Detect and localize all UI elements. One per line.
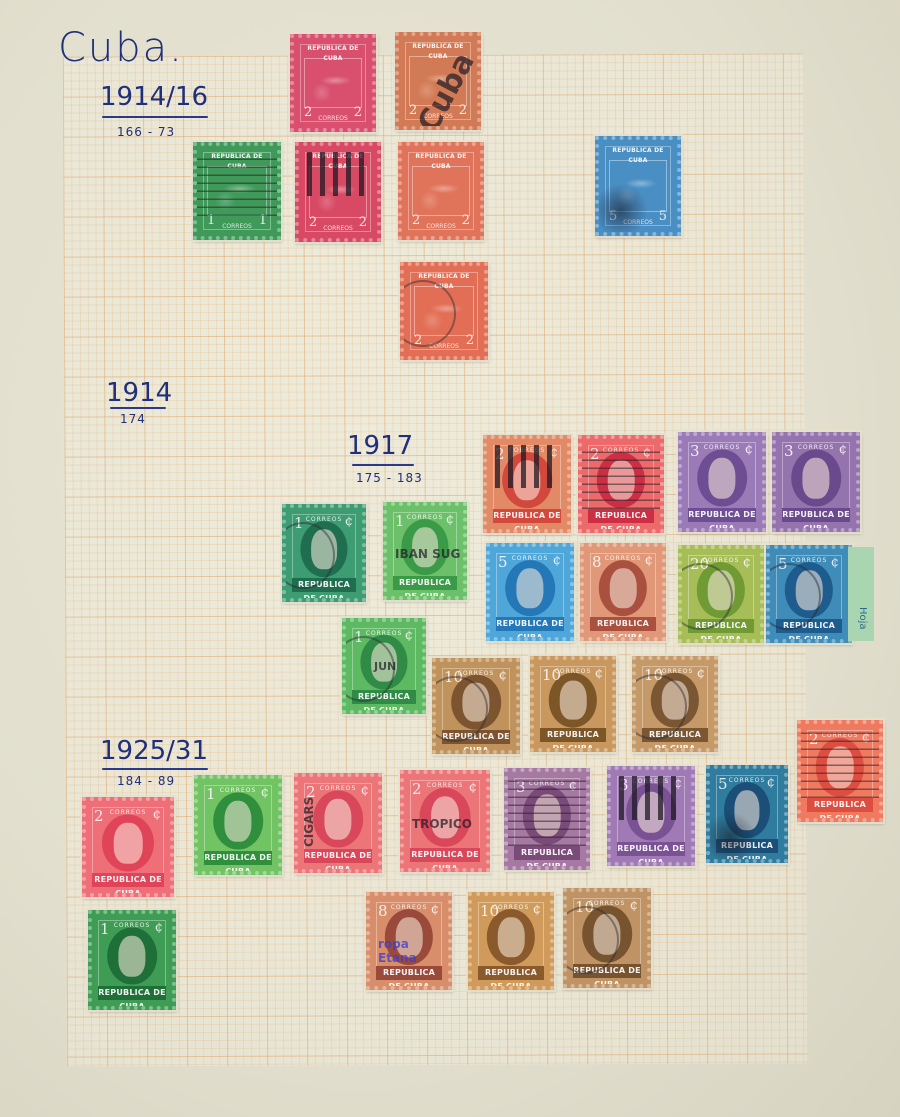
stamp-banner: REPUBLICA DE CUBA	[496, 617, 564, 631]
album-page: Cuba. 1914/16 166 - 73 1914 174 1917 175…	[0, 0, 900, 1117]
stamp-banner: REPUBLICA DE CUBA	[540, 728, 606, 742]
stamp: REPUBLICA DE CUBA22CORREOS	[400, 262, 488, 360]
cent-symbol: ¢	[550, 445, 558, 460]
stamp: 5CORREOS¢REPUBLICA DE CUBA	[486, 543, 574, 641]
cent-symbol: ¢	[405, 628, 413, 643]
portrait-icon	[462, 683, 489, 722]
stamp: REPUBLICA DE CUBA22CORREOS	[290, 34, 376, 132]
stamp-banner: REPUBLICA DE CUBA	[776, 619, 842, 633]
cent-symbol: ¢	[345, 514, 353, 529]
stamp: REPUBLICA DE CUBA22CORREOS	[398, 142, 484, 240]
cent-symbol: ¢	[767, 775, 775, 790]
stamp-banner: REPUBLICA DE CUBA	[292, 578, 356, 592]
cent-symbol: ¢	[839, 442, 847, 457]
cent-symbol: ¢	[831, 555, 839, 570]
stamp: 8CORREOS¢REPUBLICA DE CUBA	[580, 543, 666, 641]
stamp-banner: REPUBLICA DE CUBA	[405, 42, 471, 52]
stamp: 2CORREOS¢REPUBLICA DE CUBA	[483, 435, 571, 533]
cent-symbol: ¢	[469, 780, 477, 795]
stamp: 3CORREOS¢REPUBLICA DE CUBA	[678, 432, 766, 532]
cent-symbol: ¢	[569, 778, 577, 793]
stamp-correos: CORREOS	[299, 225, 377, 232]
cent-symbol: ¢	[153, 807, 161, 822]
stamp: 20CORREOS¢REPUBLICA DE CUBA	[678, 545, 764, 643]
stamp-banner: REPUBLICA DE CUBA	[688, 508, 756, 522]
section-catalogue-1925-31: 184 - 89	[117, 775, 175, 787]
stamp-banner: REPUBLICA DE CUBA	[716, 839, 778, 853]
portrait-icon	[118, 936, 145, 976]
stamp-banner: REPUBLICA DE CUBA	[782, 508, 850, 522]
stamp: 2CORREOS¢REPUBLICA DE CUBA	[82, 797, 174, 897]
stamp-banner: REPUBLICA DE CUBA	[408, 152, 474, 162]
stamp-banner: REPUBLICA DE CUBA	[92, 873, 164, 887]
portrait-icon	[593, 914, 620, 954]
stamp-banner: REPUBLICA DE CUBA	[352, 690, 416, 704]
section-year-1914-16: 1914/16	[100, 84, 208, 110]
stamp-banner: REPUBLICA DE CUBA	[688, 619, 754, 633]
section-underline	[352, 464, 414, 466]
margin-note: Hoja	[857, 607, 868, 630]
stamp: 1CORREOS¢REPUBLICA DE CUBA	[194, 775, 282, 875]
stamp: 8CORREOS¢REPUBLICA DE CUBAropa Etana	[366, 892, 452, 990]
stamp: 2CORREOS¢REPUBLICA DE CUBATROPICO	[400, 770, 490, 872]
portrait-icon	[513, 461, 540, 501]
portrait-icon	[560, 681, 587, 720]
stamp: 1CORREOS¢REPUBLICA DE CUBA	[282, 504, 366, 602]
stamp-banner: REPUBLICA DE CUBA	[98, 986, 166, 1000]
stamp-banner: REPUBLICA DE CUBA	[493, 509, 561, 523]
portrait-icon	[498, 918, 525, 958]
stamp-correos: CORREOS	[197, 223, 277, 230]
stamp: 10CORREOS¢REPUBLICA DE CUBA	[563, 888, 651, 988]
stamp-banner: REPUBLICA DE CUBA	[605, 146, 671, 156]
cent-symbol: ¢	[595, 666, 603, 681]
stamp-banner: REPUBLICA DE CUBA	[410, 272, 478, 282]
cent-symbol: ¢	[533, 902, 541, 917]
portrait-icon	[708, 571, 735, 611]
stamp-banner: REPUBLICA DE CUBA	[393, 576, 457, 590]
portrait-icon	[114, 823, 143, 863]
section-year-1925-31: 1925/31	[100, 738, 208, 764]
stamp-correos: CORREOS	[402, 223, 480, 230]
cent-symbol: ¢	[361, 783, 369, 798]
cent-symbol: ¢	[674, 776, 682, 791]
portrait-icon	[431, 797, 459, 838]
stamp: 3CORREOS¢REPUBLICA DE CUBA	[504, 768, 590, 870]
portrait-icon	[534, 795, 561, 836]
cent-symbol: ¢	[553, 553, 561, 568]
stamp: 5CORREOS¢REPUBLICA DE CUBA	[706, 765, 788, 863]
cuba-map-icon	[304, 58, 362, 108]
section-catalogue-1914: 174	[120, 413, 146, 425]
stamp: 10CORREOS¢REPUBLICA DE CUBA	[530, 656, 616, 752]
stamp-banner: REPUBLICA DE CUBA	[305, 152, 371, 162]
stamp: REPUBLICA DE CUBA22CORREOSCuba	[395, 32, 481, 130]
cuba-map-icon	[207, 166, 267, 216]
cent-symbol: ¢	[862, 730, 870, 745]
stamp-banner: REPUBLICA DE CUBA	[478, 966, 544, 980]
stamp: 10CORREOS¢REPUBLICA DE CUBA	[632, 656, 718, 752]
stamp-banner: REPUBLICA DE CUBA	[442, 730, 510, 744]
cuba-map-icon	[609, 160, 667, 212]
stamp: REPUBLICA DE CUBA55CORREOS	[595, 136, 681, 236]
stamp: 2CORREOS¢REPUBLICA DE CUBA	[578, 435, 664, 533]
stamp-banner: REPUBLICA DE CUBA	[642, 728, 708, 742]
stamp: REPUBLICA DE CUBA22CORREOS	[295, 142, 381, 242]
cent-symbol: ¢	[499, 668, 507, 683]
section-underline	[102, 768, 208, 770]
stamp-banner: REPUBLICA DE CUBA	[300, 44, 366, 54]
portrait-icon	[516, 569, 543, 609]
stamp: 2CORREOS¢REPUBLICA DE CUBA	[797, 720, 883, 822]
cuba-map-icon	[409, 56, 467, 106]
stamp-correos: CORREOS	[399, 113, 477, 120]
stamp-banner: REPUBLICA DE CUBA	[617, 842, 685, 856]
stamp-banner: REPUBLICA DE CUBA	[588, 509, 654, 523]
cuba-map-icon	[412, 166, 470, 216]
stamp-banner: REPUBLICA DE CUBA	[807, 798, 873, 812]
portrait-icon	[802, 458, 829, 498]
stamp-banner: REPUBLICA DE CUBA	[514, 846, 580, 860]
portrait-icon	[324, 799, 351, 839]
portrait-icon	[224, 801, 251, 841]
stamp: 3CORREOS¢REPUBLICA DE CUBA	[772, 432, 860, 532]
stamp-correos: CORREOS	[599, 219, 677, 226]
section-catalogue-1914-16: 166 - 73	[117, 126, 175, 138]
stamp: 1CORREOS¢REPUBLICA DE CUBA	[88, 910, 176, 1010]
stamp: 1CORREOS¢REPUBLICA DE CUBAJUN	[342, 618, 426, 714]
portrait-icon	[371, 643, 397, 682]
stamp: 5CORREOS¢REPUBLICA DE CUBA	[766, 545, 852, 643]
stamp: REPUBLICA DE CUBA11CORREOS	[193, 142, 281, 240]
stamp-correos: CORREOS	[404, 343, 484, 350]
stamp-correos: CORREOS	[294, 115, 372, 122]
cent-symbol: ¢	[643, 445, 651, 460]
cent-symbol: ¢	[261, 785, 269, 800]
cent-symbol: ¢	[645, 553, 653, 568]
cent-symbol: ¢	[745, 442, 753, 457]
portrait-icon	[608, 461, 635, 501]
cent-symbol: ¢	[630, 898, 638, 913]
section-catalogue-1917: 175 - 183	[356, 472, 423, 484]
cent-symbol: ¢	[155, 920, 163, 935]
portrait-icon	[827, 747, 854, 788]
portrait-icon	[637, 792, 664, 832]
portrait-icon	[708, 458, 735, 498]
section-underline	[102, 116, 208, 118]
section-year-1914: 1914	[106, 380, 172, 406]
portrait-icon	[396, 918, 423, 958]
cent-symbol: ¢	[697, 666, 705, 681]
page-title: Cuba.	[58, 28, 184, 68]
section-underline	[110, 407, 166, 409]
cent-symbol: ¢	[743, 555, 751, 570]
portrait-icon	[412, 528, 438, 568]
portrait-icon	[311, 530, 337, 570]
section-year-1917: 1917	[347, 433, 413, 459]
stamp: 1CORREOS¢REPUBLICA DE CUBAIBAN SUG	[383, 502, 467, 600]
cent-symbol: ¢	[446, 512, 454, 527]
stamp-banner: REPUBLICA DE CUBA	[410, 848, 480, 862]
portrait-icon	[796, 571, 823, 611]
stamp-banner: REPUBLICA DE CUBA	[376, 966, 442, 980]
cuba-map-icon	[414, 286, 474, 336]
portrait-icon	[734, 791, 759, 831]
stamp: 10CORREOS¢REPUBLICA DE CUBA	[468, 892, 554, 990]
stamp: 2CORREOS¢REPUBLICA DE CUBACIGARS	[294, 773, 382, 873]
stamp: 3CORREOS¢REPUBLICA DE CUBA	[607, 766, 695, 866]
stamp-banner: REPUBLICA DE CUBA	[573, 964, 641, 978]
stamp: 10CORREOS¢REPUBLICA DE CUBA	[432, 658, 520, 754]
portrait-icon	[662, 681, 689, 720]
portrait-icon	[610, 569, 637, 609]
stamp-banner: REPUBLICA DE CUBA	[203, 152, 271, 162]
cent-symbol: ¢	[431, 902, 439, 917]
stamp-banner: REPUBLICA DE CUBA	[204, 851, 272, 865]
stamp-banner: REPUBLICA DE CUBA	[304, 849, 372, 863]
cuba-map-icon	[309, 166, 367, 218]
sheet-margin-selvage: Hoja	[848, 547, 874, 641]
stamp-banner: REPUBLICA DE CUBA	[590, 617, 656, 631]
